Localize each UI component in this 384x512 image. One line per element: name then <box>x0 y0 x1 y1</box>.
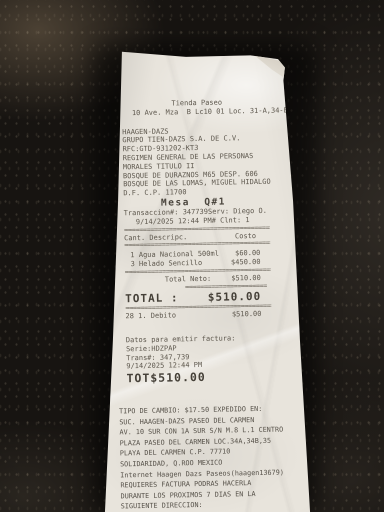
payment-row: 28 1. Debito $510.00 <box>125 310 265 321</box>
receipt-photo: Tienda Paseo 10 Ave. Mza B Lc10 01 Loc. … <box>0 0 384 512</box>
footer-line: SIGUIENTE DIRECCION: <box>121 499 301 512</box>
invoice-block: Datos para emitir factura: Serie:HDZPAP … <box>126 333 287 385</box>
grand-total-value: $510.00 <box>208 290 262 304</box>
footer-block: TIPO DE CAMBIO: $17.50 EXPEDIDO EN: SUC.… <box>119 403 301 512</box>
company-block: HAAGEN-DAZS GRUPO TIEN-DAZS S.A. DE C.V.… <box>122 125 263 198</box>
receipt-paper: Tienda Paseo 10 Ave. Mza B Lc10 01 Loc. … <box>100 48 315 512</box>
store-location: 10 Ave. Mza B Lc10 01 Loc. 31-A,34-B y <box>132 107 262 118</box>
column-cost: Costo <box>235 232 256 241</box>
receipt-main-block: Tienda Paseo 10 Ave. Mza B Lc10 01 Loc. … <box>122 98 266 321</box>
payment-amount: $510.00 <box>232 310 262 319</box>
invoice-total: TOT$510.00 <box>126 370 286 386</box>
separator: ========================================… <box>124 240 270 250</box>
payment-method: 28 1. Debito <box>125 311 176 321</box>
grand-total-label: TOTAL : <box>125 291 179 305</box>
